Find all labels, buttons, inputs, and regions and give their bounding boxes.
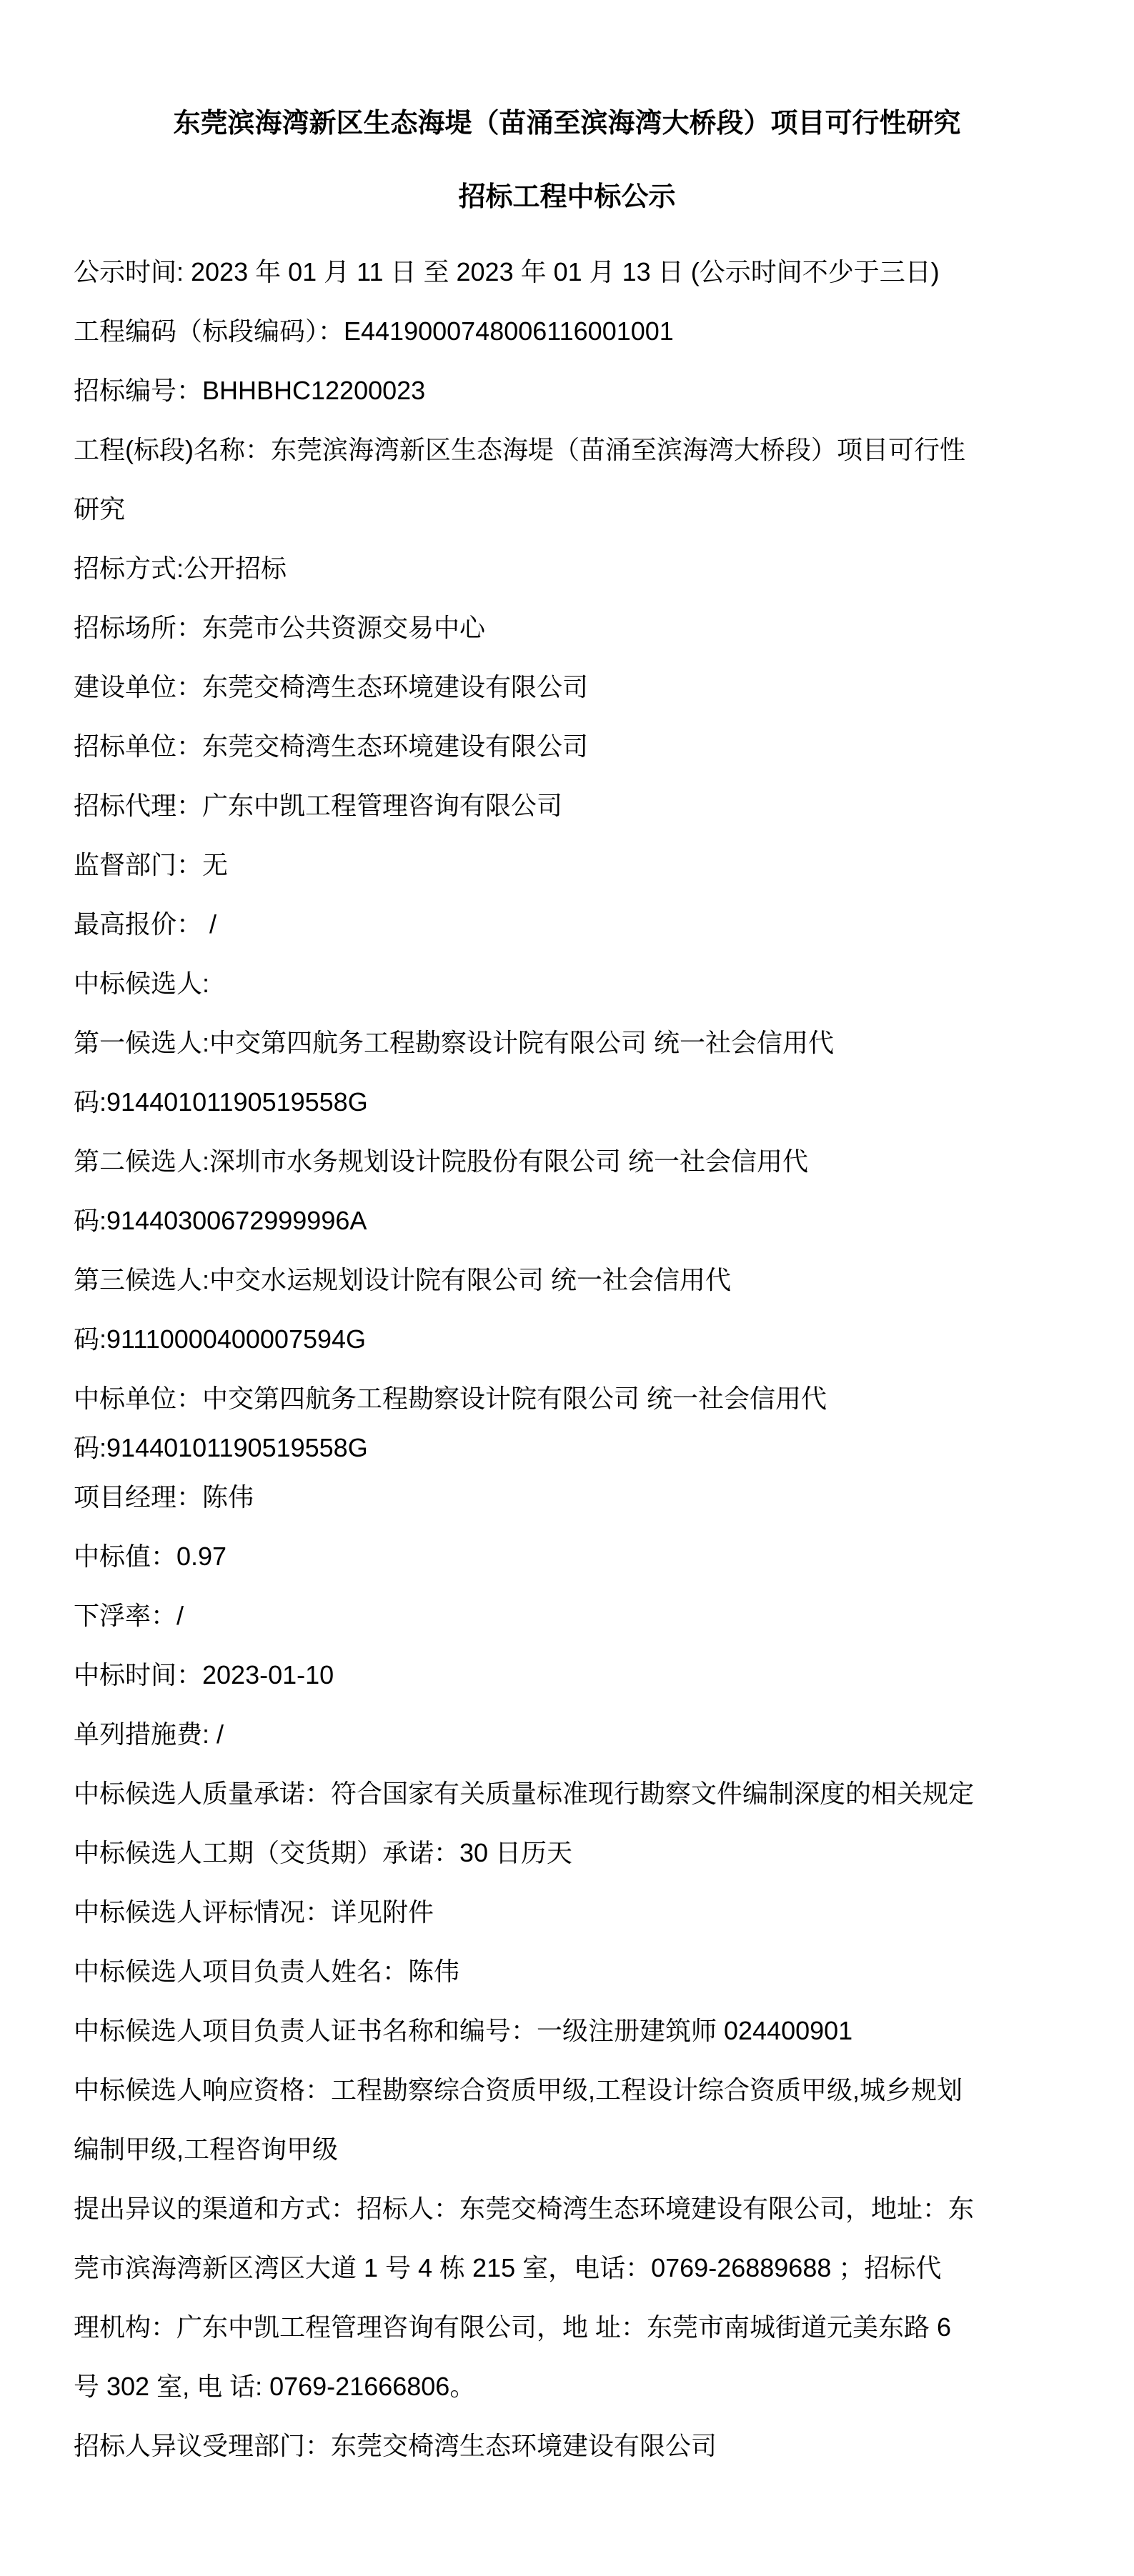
line-winning-unit: 中标单位：中交第四航务工程勘察设计院有限公司 统一社会信用代: [74, 1369, 1091, 1428]
document-body: 公示时间: 2023 年 01 月 11 日 至 2023 年 01 月 13 …: [74, 242, 1091, 2475]
document-title-line1: 东莞滨海湾新区生态海堤（苗涌至滨海湾大桥段）项目可行性研究: [43, 107, 1091, 140]
line-leader-name: 中标候选人项目负责人姓名：陈伟: [74, 1942, 1091, 2001]
line-objection-channel-continuation-1: 莞市滨海湾新区湾区大道 1 号 4 栋 215 室，电话：0769-268896…: [74, 2238, 1091, 2297]
document-title-line2: 招标工程中标公示: [43, 181, 1091, 214]
line-objection-acceptance-department: 招标人异议受理部门：东莞交椅湾生态环境建设有限公司: [74, 2416, 1091, 2475]
line-second-candidate: 第二候选人:深圳市水务规划设计院股份有限公司 统一社会信用代: [74, 1132, 1091, 1191]
line-third-candidate: 第三候选人:中交水运规划设计院有限公司 统一社会信用代: [74, 1250, 1091, 1309]
line-project-code: 工程编码（标段编码）：E4419000748006116001001: [74, 301, 1091, 361]
line-construction-unit: 建设单位：东莞交椅湾生态环境建设有限公司: [74, 657, 1091, 717]
line-objection-channel-continuation-2: 理机构：广东中凯工程管理咨询有限公司，地 址：东莞市南城街道元美东路 6: [74, 2297, 1091, 2357]
line-quality-commitment: 中标候选人质量承诺：符合国家有关质量标准现行勘察文件编制深度的相关规定: [74, 1764, 1091, 1823]
line-tender-unit: 招标单位：东莞交椅湾生态环境建设有限公司: [74, 717, 1091, 776]
line-project-manager: 项目经理：陈伟: [74, 1467, 1091, 1527]
line-winning-date: 中标时间：2023-01-10: [74, 1645, 1091, 1704]
line-first-candidate: 第一候选人:中交第四航务工程勘察设计院有限公司 统一社会信用代: [74, 1013, 1091, 1072]
line-objection-channel: 提出异议的渠道和方式：招标人：东莞交椅湾生态环境建设有限公司，地址：东: [74, 2179, 1091, 2238]
line-qualifications: 中标候选人响应资格：工程勘察综合资质甲级,工程设计综合资质甲级,城乡规划: [74, 2060, 1091, 2120]
line-publicity-period: 公示时间: 2023 年 01 月 11 日 至 2023 年 01 月 13 …: [74, 242, 1091, 301]
line-qualifications-continuation: 编制甲级,工程咨询甲级: [74, 2120, 1091, 2179]
bid-win-announcement-document: 东莞滨海湾新区生态海堤（苗涌至滨海湾大桥段）项目可行性研究 招标工程中标公示 公…: [0, 0, 1134, 2576]
line-project-name: 工程(标段)名称：东莞滨海湾新区生态海堤（苗涌至滨海湾大桥段）项目可行性: [74, 420, 1091, 479]
line-first-candidate-code: 码:91440101190519558G: [74, 1072, 1091, 1132]
line-tender-agency: 招标代理：广东中凯工程管理咨询有限公司: [74, 776, 1091, 835]
line-discount-rate: 下浮率：/: [74, 1586, 1091, 1645]
line-second-candidate-code: 码:91440300672999996A: [74, 1191, 1091, 1250]
line-max-price: 最高报价： /: [74, 894, 1091, 954]
line-separate-measure-fee: 单列措施费: /: [74, 1704, 1091, 1764]
line-tender-number: 招标编号：BHHBHC12200023: [74, 361, 1091, 420]
line-objection-channel-continuation-3: 号 302 室, 电 话: 0769-21666806。: [74, 2357, 1091, 2416]
line-project-name-continuation: 研究: [74, 479, 1091, 539]
line-winning-value: 中标值：0.97: [74, 1527, 1091, 1586]
line-candidates-header: 中标候选人:: [74, 954, 1091, 1013]
line-leader-certificate: 中标候选人项目负责人证书名称和编号：一级注册建筑师 024400901: [74, 2001, 1091, 2060]
line-supervision-department: 监督部门：无: [74, 835, 1091, 894]
line-third-candidate-code: 码:91110000400007594G: [74, 1309, 1091, 1369]
line-tender-venue: 招标场所：东莞市公共资源交易中心: [74, 598, 1091, 657]
line-evaluation-details: 中标候选人评标情况：详见附件: [74, 1882, 1091, 1942]
line-tender-method: 招标方式:公开招标: [74, 539, 1091, 598]
line-winning-unit-code: 码:91440101190519558G: [74, 1428, 1091, 1467]
line-duration-commitment: 中标候选人工期（交货期）承诺：30 日历天: [74, 1823, 1091, 1882]
